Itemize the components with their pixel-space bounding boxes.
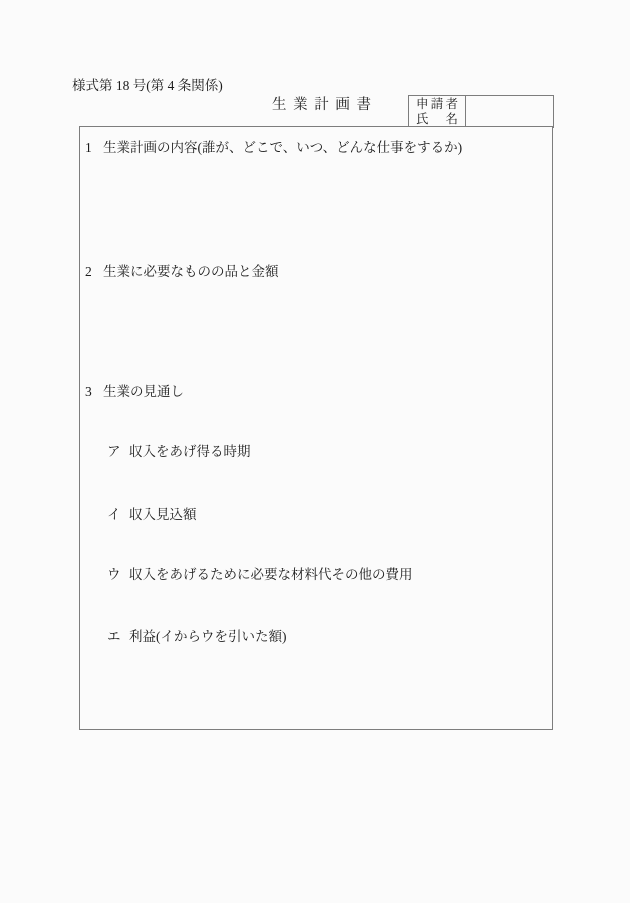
subitem-e-label: 利益(イからウを引いた額) <box>129 629 287 644</box>
subitem-e-marker: エ <box>107 629 129 645</box>
subitem-a-label: 収入をあげ得る時期 <box>129 444 251 459</box>
subitem-a: ア収入をあげ得る時期 <box>107 444 251 460</box>
item-1: 1生業計画の内容(誰が、どこで、いつ、どんな仕事をするか) <box>85 140 462 156</box>
subitem-u-label: 収入をあげるために必要な材料代その他の費用 <box>129 567 413 582</box>
item-2-number: 2 <box>85 264 103 280</box>
applicant-label-line1: 申請者 <box>416 97 458 112</box>
form-number: 様式第 18 号(第 4 条関係) <box>72 78 223 93</box>
form-page: 様式第 18 号(第 4 条関係) 生 業 計 画 書 申請者 氏名 1生業計画… <box>0 0 630 903</box>
applicant-name-field[interactable] <box>466 96 553 127</box>
subitem-u-marker: ウ <box>107 567 129 583</box>
item-3-label: 生業の見通し <box>103 384 184 399</box>
form-title: 生 業 計 画 書 <box>272 97 373 113</box>
item-2: 2生業に必要なものの品と金額 <box>85 264 279 280</box>
subitem-a-marker: ア <box>107 444 129 460</box>
item-1-label: 生業計画の内容(誰が、どこで、いつ、どんな仕事をするか) <box>103 140 462 155</box>
applicant-label-line2: 氏名 <box>416 112 458 127</box>
item-1-number: 1 <box>85 140 103 156</box>
subitem-i: イ収入見込額 <box>107 507 197 523</box>
applicant-label: 申請者 氏名 <box>409 96 466 127</box>
subitem-e: エ利益(イからウを引いた額) <box>107 629 287 645</box>
subitem-i-label: 収入見込額 <box>129 507 197 522</box>
form-body: 1生業計画の内容(誰が、どこで、いつ、どんな仕事をするか) 2生業に必要なものの… <box>79 126 553 730</box>
item-2-label: 生業に必要なものの品と金額 <box>103 264 279 279</box>
subitem-u: ウ収入をあげるために必要な材料代その他の費用 <box>107 567 413 583</box>
item-3-number: 3 <box>85 384 103 400</box>
subitem-i-marker: イ <box>107 507 129 523</box>
applicant-box: 申請者 氏名 <box>408 95 554 128</box>
item-3: 3生業の見通し <box>85 384 184 400</box>
